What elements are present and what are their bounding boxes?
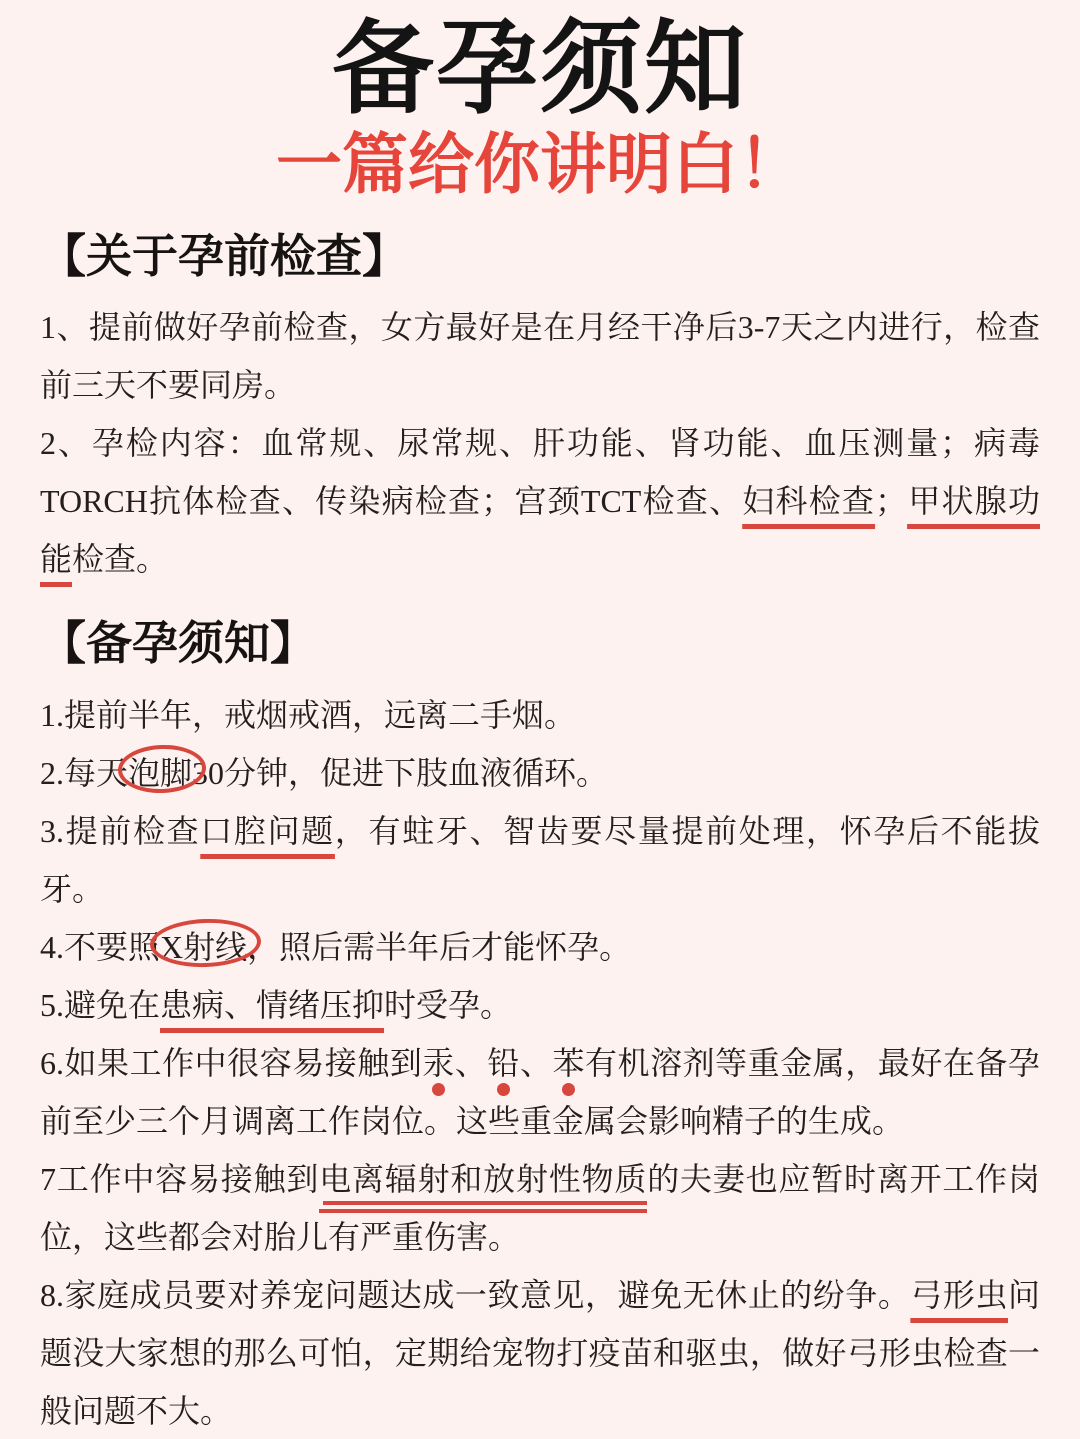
- tip-item-3: 3.提前检查口腔问题，有蛀牙、智齿要尽量提前处理，怀孕后不能拔牙。: [40, 802, 1040, 918]
- text-segment-underlined: 弓形虫: [910, 1277, 1008, 1313]
- text-segment: ；: [875, 483, 907, 519]
- section-prenatal-checkup: 【关于孕前检查】 1、提前做好孕前检查，女方最好是在月经干净后3-7天之内进行，…: [40, 231, 1040, 588]
- text-segment: 5.避免在: [40, 987, 160, 1023]
- text-segment: 2.每天: [40, 755, 128, 791]
- text-segment-dot-emphasis: 汞: [422, 1045, 455, 1081]
- text-segment: 7工作中容易接触到: [40, 1161, 319, 1197]
- text-segment-underlined: 患病、情绪压抑: [160, 987, 384, 1023]
- section-heading-prenatal-checkup: 【关于孕前检查】: [40, 231, 1040, 284]
- text-segment: 时受孕。: [384, 987, 512, 1023]
- tip-item-5: 5.避免在患病、情绪压抑时受孕。: [40, 976, 1040, 1034]
- text-segment: ，照后需半年后才能怀孕。: [247, 929, 631, 965]
- text-segment: 1.提前半年，戒烟戒酒，远离二手烟。: [40, 697, 576, 733]
- text-segment-underlined: 口腔问题: [200, 813, 335, 849]
- header: 备孕须知 一篇给你讲明白！: [40, 14, 1040, 203]
- text-segment-circled: 泡脚: [128, 755, 192, 791]
- text-segment: 6.如果工作中很容易接触到: [40, 1045, 422, 1081]
- page-title: 备孕须知: [40, 14, 1040, 124]
- text-segment: 30分钟，促进下肢血液循环。: [192, 755, 608, 791]
- pregnancy-tips-poster: 备孕须知 一篇给你讲明白！ 【关于孕前检查】 1、提前做好孕前检查，女方最好是在…: [0, 0, 1080, 1439]
- text-segment-dot-emphasis: 铅: [487, 1045, 520, 1081]
- page-subtitle: 一篇给你讲明白！: [40, 126, 1040, 203]
- checkup-item-2: 2、孕检内容：血常规、尿常规、肝功能、肾功能、血压测量；病毒TORCH抗体检查、…: [40, 414, 1040, 588]
- tip-item-2: 2.每天泡脚30分钟，促进下肢血液循环。: [40, 744, 1040, 802]
- tip-item-7: 7工作中容易接触到电离辐射和放射性物质的夫妻也应暂时离开工作岗位，这些都会对胎儿…: [40, 1150, 1040, 1266]
- text-segment: 3.提前检查: [40, 813, 200, 849]
- text-segment: 、: [455, 1045, 488, 1081]
- checkup-item-1: 1、提前做好孕前检查，女方最好是在月经干净后3-7天之内进行，检查前三天不要同房…: [40, 298, 1040, 414]
- tip-item-8: 8.家庭成员要对养宠问题达成一致意见，避免无休止的纷争。弓形虫问题没大家想的那么…: [40, 1266, 1040, 1439]
- text-segment-dot-emphasis: 苯: [552, 1045, 585, 1081]
- tip-item-4: 4.不要照X射线，照后需半年后才能怀孕。: [40, 918, 1040, 976]
- text-segment: 8.家庭成员要对养宠问题达成一致意见，避免无休止的纷争。: [40, 1277, 910, 1313]
- text-segment-double-underlined: 电离辐射和放射性物质: [319, 1161, 647, 1213]
- text-segment: 1、提前做好孕前检查，女方最好是在月经干净后3-7天之内进行，检查前三天不要同房…: [40, 309, 1040, 403]
- text-segment: 4.不要照: [40, 929, 160, 965]
- text-segment-circled: X射线: [160, 929, 247, 965]
- tip-item-1: 1.提前半年，戒烟戒酒，远离二手烟。: [40, 686, 1040, 744]
- text-segment: 、: [520, 1045, 553, 1081]
- text-segment: 检查。: [72, 541, 168, 577]
- tip-item-6: 6.如果工作中很容易接触到汞、铅、苯有机溶剂等重金属，最好在备孕前至少三个月调离…: [40, 1034, 1040, 1150]
- section-preparation-tips: 【备孕须知】 1.提前半年，戒烟戒酒，远离二手烟。 2.每天泡脚30分钟，促进下…: [40, 618, 1040, 1439]
- section-heading-preparation-tips: 【备孕须知】: [40, 618, 1040, 671]
- text-segment-underlined: 妇科检查: [742, 483, 875, 519]
